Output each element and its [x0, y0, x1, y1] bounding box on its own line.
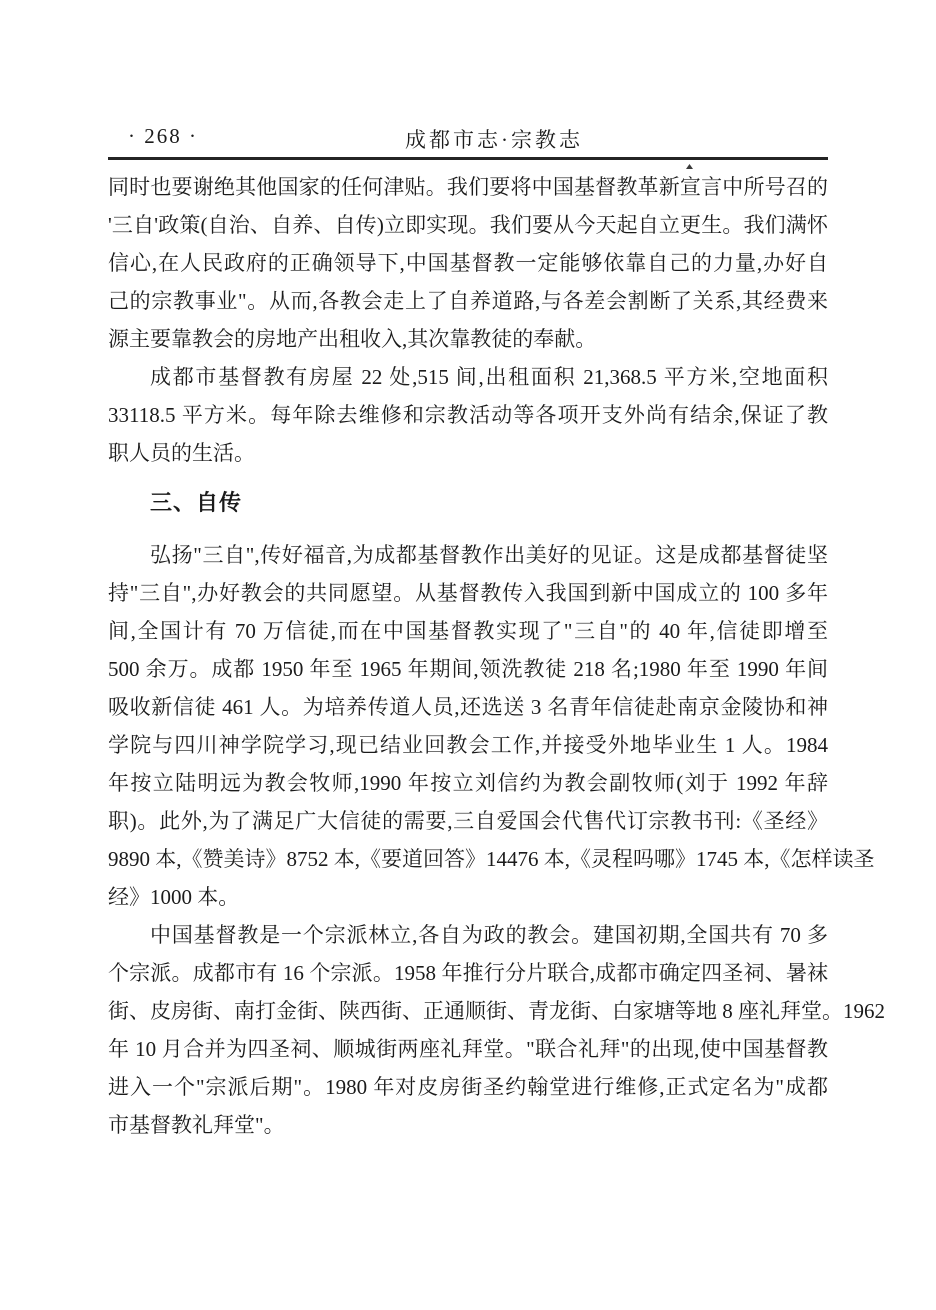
text-line: 9890 本,《赞美诗》8752 本,《要道回答》14476 本,《灵程吗哪》1… — [108, 840, 828, 878]
text-line: 进入一个"宗派后期"。1980 年对皮房街圣约翰堂进行维修,正式定名为"成都 — [108, 1068, 828, 1106]
text-line: 33118.5 平方米。每年除去维修和宗教活动等各项开支外尚有结余,保证了教 — [108, 396, 828, 434]
text-line: 中国基督教是一个宗派林立,各自为政的教会。建国初期,全国共有 70 多 — [108, 916, 828, 954]
text-line: 职人员的生活。 — [108, 434, 828, 472]
text-line: 成都市基督教有房屋 22 处,515 间,出租面积 21,368.5 平方米,空… — [108, 358, 828, 396]
text-line: 经》1000 本。 — [108, 878, 828, 916]
text-line: 学院与四川神学院学习,现已结业回教会工作,并接受外地毕业生 1 人。1984 — [108, 726, 828, 764]
text-line: 信心,在人民政府的正确领导下,中国基督教一定能够依靠自己的力量,办好自 — [108, 244, 828, 282]
text-line: 职)。此外,为了满足广大信徒的需要,三自爱国会代售代订宗教书刊:《圣经》 — [108, 802, 828, 840]
paragraph: 成都市基督教有房屋 22 处,515 间,出租面积 21,368.5 平方米,空… — [108, 358, 828, 472]
text-line: 吸收新信徒 461 人。为培养传道人员,还选送 3 名青年信徒赴南京金陵协和神 — [108, 688, 828, 726]
header-rule — [108, 157, 828, 160]
paragraph: 中国基督教是一个宗派林立,各自为政的教会。建国初期,全国共有 70 多个宗派。成… — [108, 916, 828, 1144]
text-line: 己的宗教事业"。从而,各教会走上了自养道路,与各差会割断了关系,其经费来 — [108, 282, 828, 320]
text-line: 500 余万。成都 1950 年至 1965 年期间,领洗教徒 218 名;19… — [108, 650, 828, 688]
page-header: · 268 · 成都市志·宗教志 — [108, 124, 828, 154]
text-line: 间,全国计有 70 万信徒,而在中国基督教实现了"三自"的 40 年,信徒即增至 — [108, 612, 828, 650]
text-line: 街、皮房街、南打金街、陕西街、正通顺街、青龙街、白家塘等地 8 座礼拜堂。196… — [108, 992, 828, 1030]
paragraph: 同时也要谢绝其他国家的任何津贴。我们要将中国基督教革新宣言中所号召的'三自'政策… — [108, 168, 828, 358]
book-title: 成都市志·宗教志 — [134, 124, 854, 154]
paragraph: 弘扬"三自",传好福音,为成都基督教作出美好的见证。这是成都基督徒坚持"三自",… — [108, 536, 828, 916]
text-line: 年按立陆明远为教会牧师,1990 年按立刘信约为教会副牧师(刘于 1992 年辞 — [108, 764, 828, 802]
text-line: 市基督教礼拜堂"。 — [108, 1106, 828, 1144]
text-line: 年 10 月合并为四圣祠、顺城街两座礼拜堂。"联合礼拜"的出现,使中国基督教 — [108, 1030, 828, 1068]
text-line: 同时也要谢绝其他国家的任何津贴。我们要将中国基督教革新宣言中所号召的 — [108, 168, 828, 206]
text-line: '三自'政策(自治、自养、自传)立即实现。我们要从今天起自立更生。我们满怀 — [108, 206, 828, 244]
scanned-page: · 268 · 成都市志·宗教志 同时也要谢绝其他国家的任何津贴。我们要将中国基… — [0, 0, 936, 1310]
text-line: 源主要靠教会的房地产出租收入,其次靠教徒的奉献。 — [108, 320, 828, 358]
text-line: 个宗派。成都市有 16 个宗派。1958 年推行分片联合,成都市确定四圣祠、暑袜 — [108, 954, 828, 992]
page-body: 同时也要谢绝其他国家的任何津贴。我们要将中国基督教革新宣言中所号召的'三自'政策… — [108, 168, 828, 1144]
text-line: 持"三自",办好教会的共同愿望。从基督教传入我国到新中国成立的 100 多年 — [108, 574, 828, 612]
text-line: 弘扬"三自",传好福音,为成都基督教作出美好的见证。这是成都基督徒坚 — [108, 536, 828, 574]
section-heading: 三、自传 — [108, 484, 828, 522]
